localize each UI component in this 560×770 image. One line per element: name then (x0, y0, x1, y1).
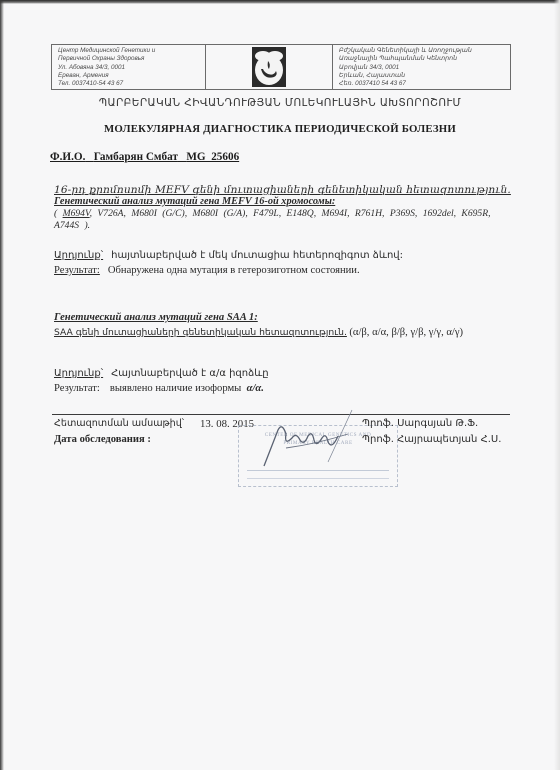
mutation-item: R761H (355, 208, 382, 219)
mutation-item: A744S (54, 220, 79, 231)
address-line: Բժշկական Գենետիկայի և Առողջության (339, 47, 510, 55)
result-isoform: α/α. (247, 383, 264, 394)
exam-date-label-russian: Дата обследования : (54, 434, 151, 445)
letterhead-logo-cell (206, 45, 333, 89)
address-line: Первичной Охраны Здоровья (58, 55, 205, 63)
scan-left-edge (0, 0, 4, 770)
letterhead-russian-address: Центр Медицинской Генетики и Первичной О… (52, 45, 206, 89)
mefv-result-russian: Результат:Обнаружена одна мутация в гете… (54, 265, 360, 276)
mefv-result-armenian: Արդյունք՝հայտնաբերված է մեկ մուտացիա հետ… (54, 250, 403, 261)
mutation-item: 1692del (423, 208, 454, 219)
result-label: Результат: (54, 265, 100, 276)
saa-heading-armenian-text: SAA գենի մուտացիաների գենետիկական հետազո… (54, 327, 347, 338)
mutation-list: ( M694V, V726A, M680I (G/C), M680I (G/A)… (54, 208, 514, 232)
mutation-item: M694V (63, 208, 90, 219)
mefv-heading-russian: Генетический анализ мутаций гена MEFV 16… (54, 196, 335, 207)
saa-result-russian: Результат:выявлено наличие изоформы α/α. (54, 383, 264, 394)
result-label: Արդյունք՝ (54, 250, 103, 261)
saa-isoform-list: (α/β, α/α, β/β, γ/β, γ/γ, α/γ) (349, 327, 463, 338)
document-title-russian: МОЛЕКУЛЯРНАЯ ДИАГНОСТИКА ПЕРИОДИЧЕСКОЙ Б… (0, 123, 560, 135)
patient-id: MG 25606 (186, 151, 239, 163)
mutation-item: K695R (461, 208, 488, 219)
address-line: Ереван, Армения (58, 72, 205, 80)
patient-line: Ф.И.О. Гамбарян Смбат MG 25606 (50, 151, 239, 163)
mutation-item: M680I (G/C) (131, 208, 184, 219)
saa-heading-russian: Генетический анализ мутаций гена SAA 1: (54, 312, 258, 323)
result-text: Обнаружена одна мутация в гетерозиготном… (108, 265, 360, 276)
mefv-heading-armenian: 16-րդ քրոմոսոմի MEFV գենի մուտացիաների գ… (54, 184, 514, 196)
document-title-armenian: ՊԱՐԲԵՐԱԿԱՆ ՀԻՎԱՆԴՈՒԹՅԱՆ ՄՈԼԵԿՈՒԼԱՅԻՆ ԱԽՏ… (0, 97, 560, 109)
mutation-item: M694I (321, 208, 347, 219)
patient-label: Ф.И.О. (50, 151, 85, 163)
mutation-item: V726A (97, 208, 123, 219)
result-text: Հայտնաբերված է α/α իզոձևը (111, 368, 269, 379)
result-label: Արդյունք՝ (54, 368, 103, 379)
doctor-name: Պրոֆ. Սարգսյան Թ.Ֆ. (362, 418, 478, 429)
scan-top-edge (0, 0, 560, 4)
mutation-item: M680I (G/A) (192, 208, 245, 219)
doctor-name: Պրոֆ. Հայրապետյան Հ.Ս. (362, 434, 501, 445)
scan-right-edge (554, 0, 560, 770)
address-line: Երևան, Հայաստան (339, 72, 510, 80)
mutation-item: P369S (390, 208, 415, 219)
saa-result-armenian: Արդյունք՝Հայտնաբերված է α/α իզոձևը (54, 368, 269, 379)
address-line: Աբովյան 34/3, 0001 (339, 64, 510, 72)
result-text: հայտնաբերված է մեկ մուտացիա հետերոզիգոտ … (111, 250, 403, 261)
address-line: Ул. Абовяна 34/3, 0001 (58, 64, 205, 72)
address-line: Тел. 0037410-54 43 67 (58, 80, 205, 88)
mutation-item: E148Q (287, 208, 314, 219)
letterhead-armenian-address: Բժշկական Գենետիկայի և Առողջության Առաջնա… (333, 45, 510, 89)
result-text: выявлено наличие изоформы (110, 383, 241, 394)
result-label: Результат: (54, 383, 100, 394)
exam-date-label-armenian: Հետազոտման ամսաթիվ՝ (54, 418, 184, 429)
mutation-item: F479L (253, 208, 279, 219)
signature-icon (256, 404, 376, 474)
address-line: Հեռ. 0037410 54 43 67 (339, 80, 510, 88)
clinic-logo-icon (252, 47, 286, 87)
saa-heading-armenian: SAA գենի մուտացիաների գենետիկական հետազո… (54, 327, 463, 338)
patient-name: Гамбарян Смбат (94, 151, 178, 163)
address-line: Առաջնային Պահպանման Կենտրոն (339, 55, 510, 63)
letterhead: Центр Медицинской Генетики и Первичной О… (51, 44, 511, 90)
